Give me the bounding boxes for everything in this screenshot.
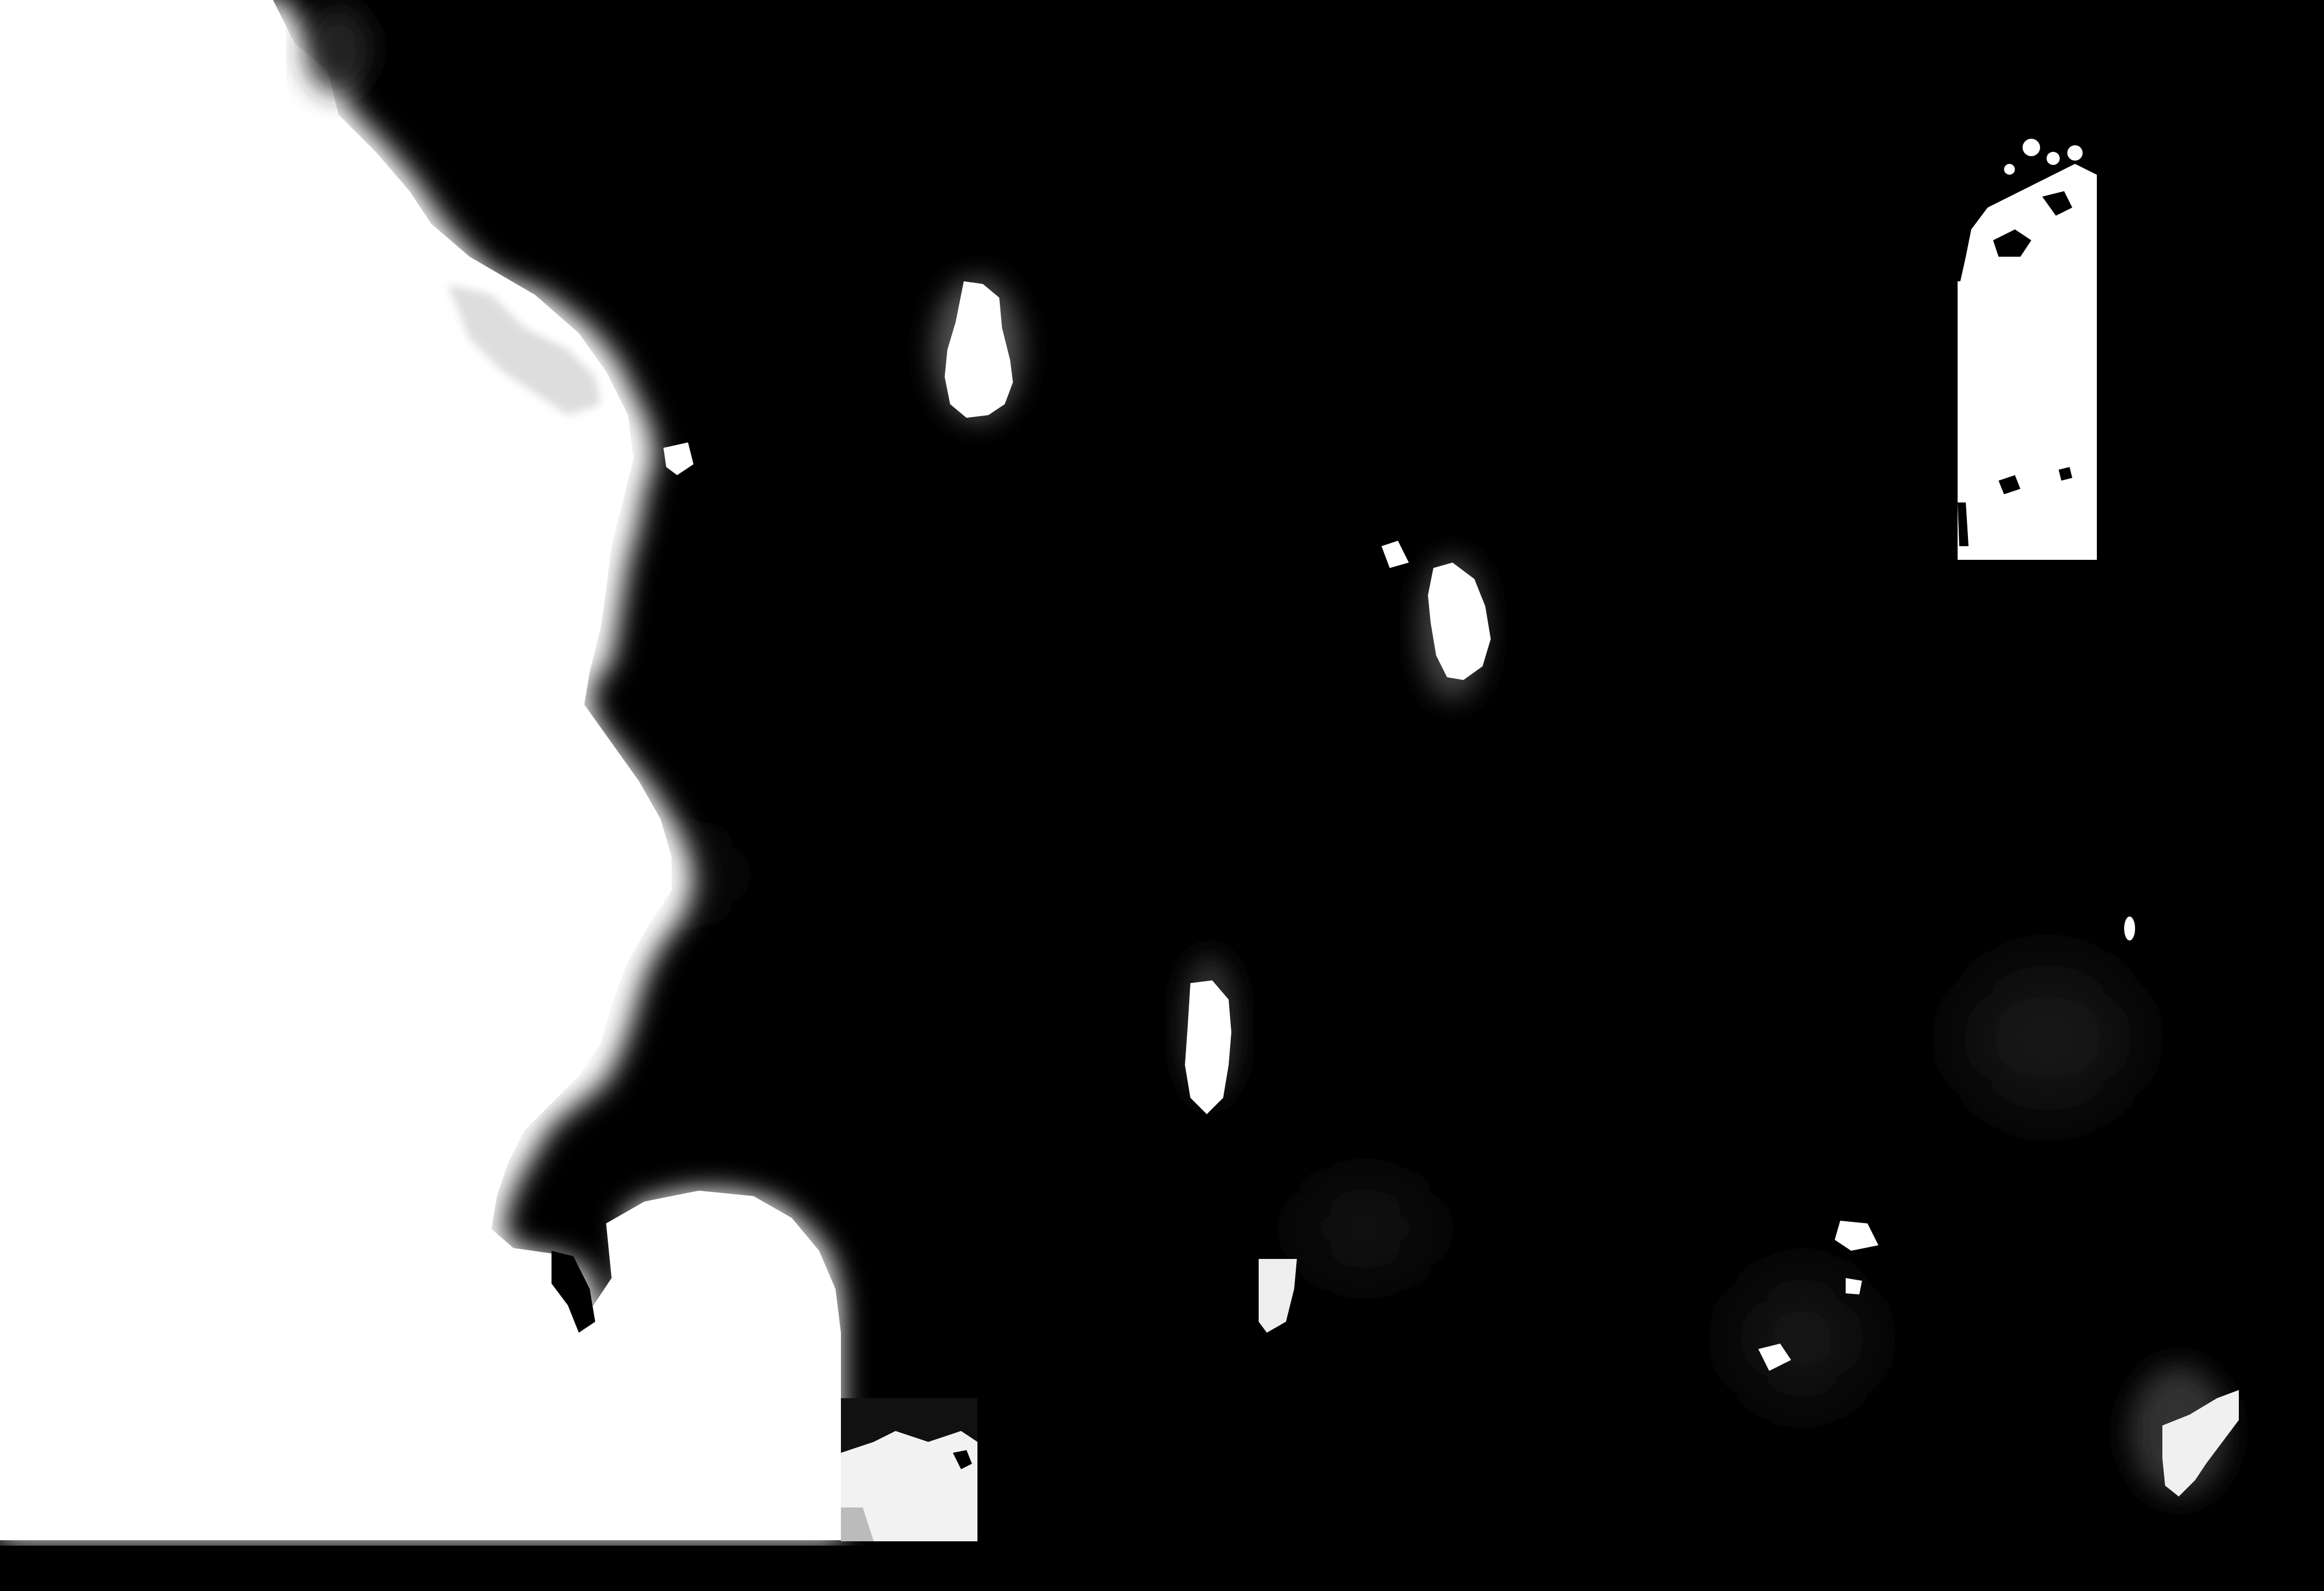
natural-image (0, 0, 2324, 1591)
bottom-left-bright-tile (841, 1398, 977, 1541)
bottom-black-strip (0, 1546, 2324, 1591)
upper-center-blob (934, 279, 1021, 421)
